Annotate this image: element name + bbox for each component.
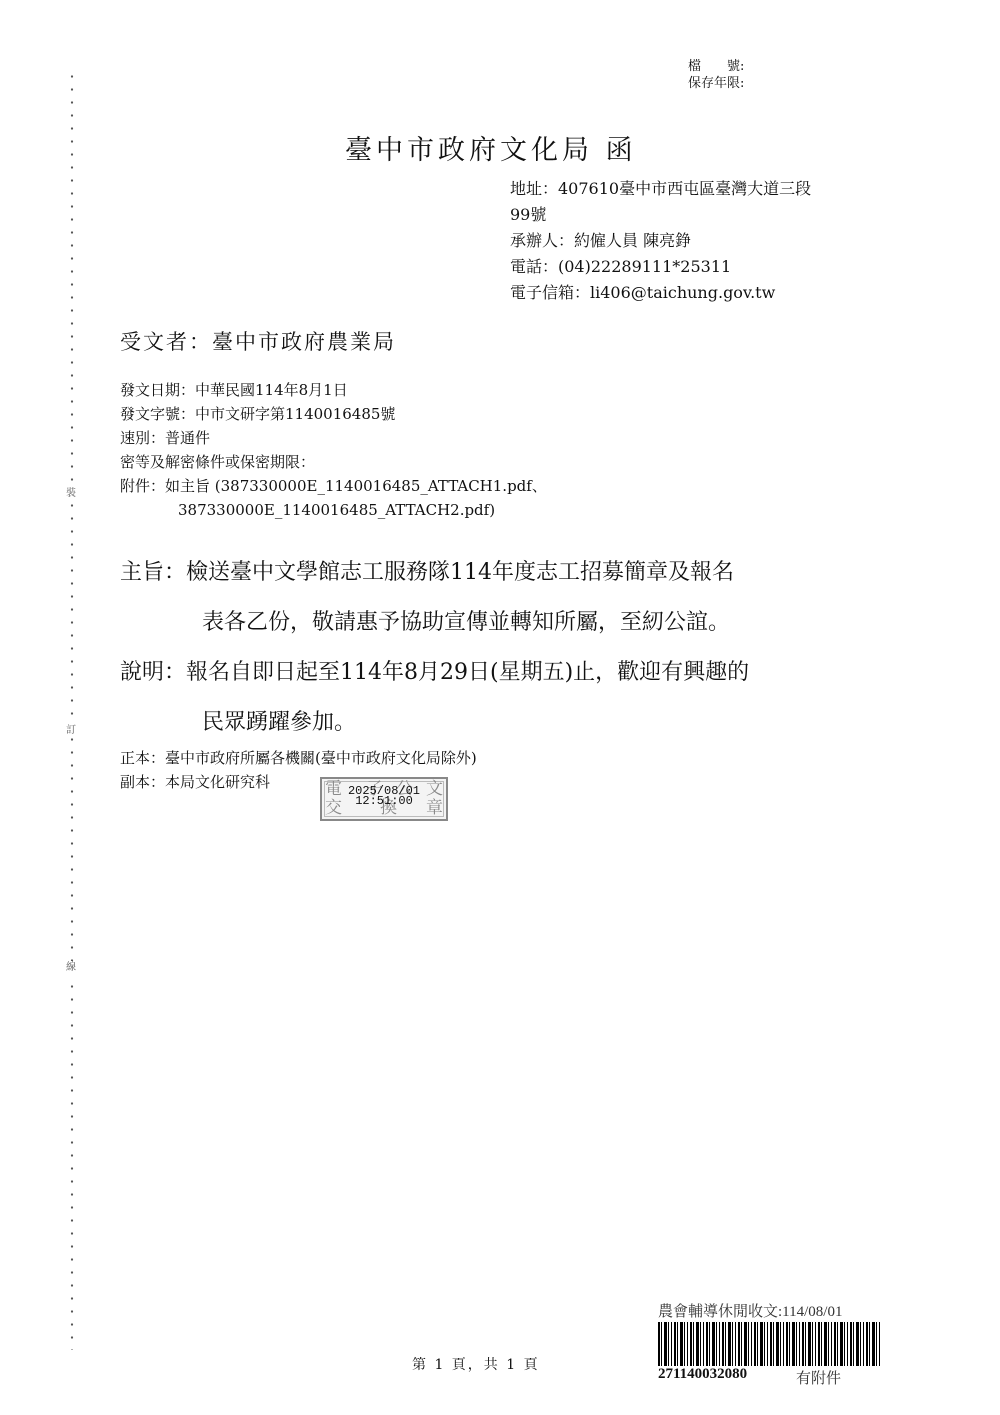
issue-date: 發文日期：中華民國114年8月1日 [120, 378, 547, 402]
subject-cont: 表各乙份，敬請惠予協助宣傳並轉知所屬，至紉公誼。 [120, 598, 900, 648]
file-meta: 檔 號: 保存年限: [688, 58, 744, 92]
sender-info: 地址：407610臺中市西屯區臺灣大道三段 99號 承辦人：約僱人員 陳亮錚 電… [510, 176, 890, 306]
receipt-label: 農會輔導休閒收文:114/08/01 [658, 1300, 842, 1321]
attachments: 附件：如主旨 (387330000E_1140016485_ATTACH1.pd… [120, 474, 547, 498]
stamp-char: 文 [426, 781, 443, 798]
document-meta: 發文日期：中華民國114年8月1日 發文字號：中市文研字第1140016485號… [120, 378, 547, 522]
binding-label-staple: 訂 [66, 724, 76, 738]
original-recipients: 正本：臺中市政府所屬各機關(臺中市政府文化局除外) [120, 746, 477, 770]
sender-handler: 承辦人：約僱人員 陳亮錚 [510, 228, 890, 254]
document-body: 主旨：檢送臺中文學館志工服務隊114年度志工招募簡章及報名 表各乙份，敬請惠予協… [120, 548, 900, 748]
sender-email: 電子信箱：li406@taichung.gov.tw [510, 280, 890, 306]
stamp-char: 章 [426, 800, 443, 817]
page-number: 第 1 頁，共 1 頁 [412, 1354, 540, 1374]
subject: 主旨：檢送臺中文學館志工服務隊114年度志工招募簡章及報名 [120, 548, 900, 598]
explanation: 說明：報名自即日起至114年8月29日(星期五)止，歡迎有興趣的 [120, 648, 900, 698]
barcode [658, 1322, 882, 1366]
retention-label: 保存年限: [688, 75, 744, 92]
binding-label-bind: 裝 [66, 487, 76, 501]
electronic-exchange-stamp: 電 子 公 文 交 換 章 2025/08/01 12:51:00 [320, 777, 448, 821]
document-title: 臺中市政府文化局 函 [345, 128, 637, 167]
doc-number: 發文字號：中市文研字第1140016485號 [120, 402, 547, 426]
sender-address: 地址：407610臺中市西屯區臺灣大道三段 [510, 176, 890, 202]
stamp-char: 電 [325, 781, 342, 798]
explanation-cont: 民眾踴躍參加。 [120, 698, 900, 748]
attachment-flag: 有附件 [796, 1367, 841, 1388]
binding-dotted-line [70, 70, 74, 1350]
file-number-label: 檔 號: [688, 58, 744, 75]
binding-label-line: 線 [66, 961, 76, 975]
confidentiality: 密等及解密條件或保密期限： [120, 450, 547, 474]
recipient-value: 臺中市政府農業局 [212, 330, 396, 354]
sender-phone: 電話：(04)22289111*25311 [510, 254, 890, 280]
sender-address-cont: 99號 [510, 202, 890, 228]
delivery-speed: 速別：普通件 [120, 426, 547, 450]
stamp-char: 交 [325, 800, 342, 817]
barcode-number: 271140032080 [658, 1366, 747, 1383]
stamp-time: 12:51:00 [344, 795, 424, 807]
recipient-label: 受文者： [120, 330, 212, 354]
attachments-cont: 387330000E_1140016485_ATTACH2.pdf) [120, 498, 547, 522]
recipient: 受文者：臺中市政府農業局 [120, 326, 396, 356]
